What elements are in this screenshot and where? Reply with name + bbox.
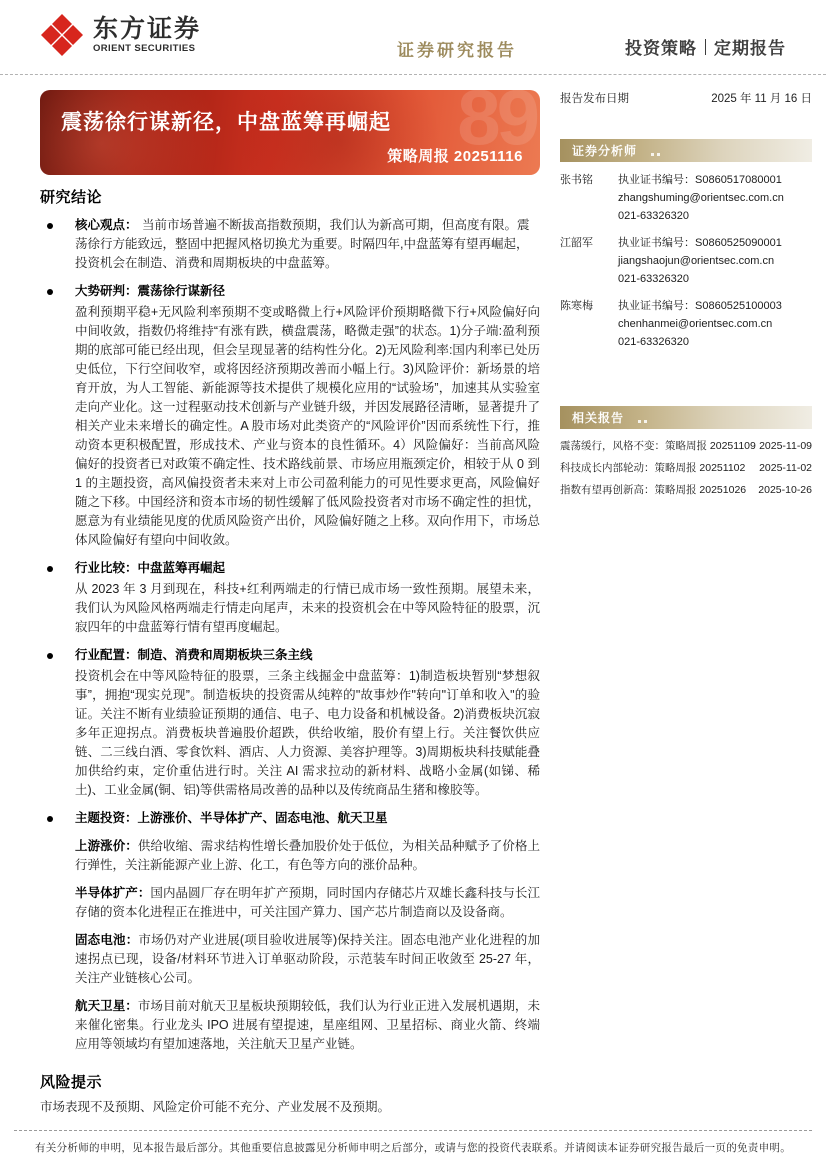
related-report-item: 指数有望再创新高：策略周报 20251026 2025-10-26 (560, 479, 812, 501)
bullet-icon (47, 223, 53, 229)
bullet-market-outlook: 大势研判：震荡徐行谋新径 盈利预期平稳+无风险利率预期不变或略微上行+风险评价预… (40, 282, 540, 550)
bullet-body: 从 2023 年 3 月到现在，科技+红利两端走的行情已成市场一致性预期。展望未… (75, 580, 540, 637)
conclusion-heading: 研究结论 (40, 186, 540, 207)
analyst-item: 陈寒梅 执业证书编号：S0860525100003 chenhanmei@ori… (560, 297, 812, 351)
bullet-label: 核心观点： (75, 218, 138, 232)
report-type-label: 证券研究报告 (397, 36, 517, 61)
bullet-label: 主题投资：上游涨价、半导体扩产、固态电池、航天卫星 (75, 809, 540, 828)
related-reports-section-header: 相关报告 (560, 406, 812, 429)
category-periodic: 定期报告 (714, 34, 786, 59)
orient-securities-logo-icon (40, 13, 84, 57)
analyst-item: 张书铭 执业证书编号：S0860517080001 zhangshuming@o… (560, 171, 812, 225)
analyst-name: 陈寒梅 (560, 297, 618, 351)
risk-section: 风险提示 市场表现不及预期、风险定价可能不充分、产业发展不及预期。 (40, 1071, 540, 1117)
bullet-label: 行业比较：中盘蓝筹再崛起 (75, 559, 540, 578)
brand-logo-text: 东方证券 ORIENT SECURITIES (93, 16, 201, 54)
theme-aerospace-satellite: 航天卫星：市场目前对航天卫星板块预期较低，我们认为行业正进入发展机遇期，未来催化… (75, 997, 540, 1054)
risk-body: 市场表现不及预期、风险定价可能不充分、产业发展不及预期。 (40, 1098, 540, 1117)
report-subtitle: 策略周报 20251116 (387, 145, 523, 166)
analyst-phone: 021-63326320 (618, 207, 812, 225)
analyst-phone: 021-63326320 (618, 333, 812, 351)
related-report-title: 科技成长内部轮动：策略周报 20251102 (560, 457, 745, 479)
bullet-core-view: 核心观点： 当前市场普遍不断拔高指数预期，我们认为新高可期，但高度有限。震荡徐行… (40, 216, 540, 273)
theme-solid-state-battery: 固态电池：市场仍对产业进展(项目验收进展等)保持关注。固态电池产业化进程的加速拐… (75, 931, 540, 988)
analysts-section-header: 证券分析师 (560, 139, 812, 162)
disclaimer-footer: 有关分析师的申明，见本报告最后部分。其他重要信息披露见分析师申明之后部分，或请与… (14, 1130, 812, 1155)
analyst-email: chenhanmei@orientsec.com.cn (618, 315, 812, 333)
title-banner: 89 震荡徐行谋新径，中盘蓝筹再崛起 策略周报 20251116 (40, 90, 540, 175)
decor-dots-icon (638, 420, 647, 423)
brand-logo: 东方证券 ORIENT SECURITIES (40, 13, 201, 57)
bullet-icon (47, 566, 53, 572)
analyst-item: 江韶军 执业证书编号：S0860525090001 jiangshaojun@o… (560, 234, 812, 288)
report-category: 投资策略 定期报告 (625, 34, 786, 59)
brand-name-en: ORIENT SECURITIES (93, 43, 201, 54)
related-report-date: 2025-10-26 (758, 479, 812, 501)
bullet-body: 盈利预期平稳+无风险利率预期不变或略微上行+风险评价预期略微下行+风险偏好向中间… (75, 303, 540, 550)
brand-name-cn: 东方证券 (93, 16, 201, 43)
bullet-body: 投资机会在中等风险特征的股票，三条主线掘金中盘蓝筹：1)制造板块暂别“梦想叙事”… (75, 667, 540, 800)
analysts-list: 张书铭 执业证书编号：S0860517080001 zhangshuming@o… (560, 171, 812, 351)
page-header: 东方证券 ORIENT SECURITIES 证券研究报告 投资策略 定期报告 (0, 0, 826, 75)
bullet-label: 大势研判：震荡徐行谋新径 (75, 282, 540, 301)
conclusion-bullets: 核心观点： 当前市场普遍不断拔高指数预期，我们认为新高可期，但高度有限。震荡徐行… (40, 216, 540, 1054)
report-date-label: 报告发布日期 (560, 90, 629, 106)
theme-upstream-price: 上游涨价：供给收缩、需求结构性增长叠加股价处于低位，为相关品种赋予了价格上行弹性… (75, 837, 540, 875)
decor-dots-icon (651, 153, 660, 156)
analyst-cert: 执业证书编号：S0860525100003 (618, 297, 812, 315)
report-page: 东方证券 ORIENT SECURITIES 证券研究报告 投资策略 定期报告 … (0, 0, 826, 1169)
related-report-date: 2025-11-02 (759, 457, 812, 479)
bullet-icon (47, 289, 53, 295)
analyst-name: 张书铭 (560, 171, 618, 225)
analyst-cert: 执业证书编号：S0860525090001 (618, 234, 812, 252)
analyst-email: jiangshaojun@orientsec.com.cn (618, 252, 812, 270)
bullet-industry-comparison: 行业比较：中盘蓝筹再崛起 从 2023 年 3 月到现在，科技+红利两端走的行情… (40, 559, 540, 637)
bullet-label: 行业配置：制造、消费和周期板块三条主线 (75, 646, 540, 665)
label-divider (705, 39, 706, 55)
bullet-industry-allocation: 行业配置：制造、消费和周期板块三条主线 投资机会在中等风险特征的股票，三条主线掘… (40, 646, 540, 800)
category-strategy: 投资策略 (625, 34, 697, 59)
analyst-name: 江韶军 (560, 234, 618, 288)
report-date-value: 2025 年 11 月 16 日 (711, 90, 812, 106)
main-column: 研究结论 核心观点： 当前市场普遍不断拔高指数预期，我们认为新高可期，但高度有限… (40, 186, 540, 1117)
bullet-icon (47, 653, 53, 659)
related-reports-list: 震荡缓行，风格不变：策略周报 20251109 2025-11-09 科技成长内… (560, 435, 812, 501)
theme-semiconductor: 半导体扩产：国内晶圆厂存在明年扩产预期，同时国内存储芯片双雄长鑫科技与长江存储的… (75, 884, 540, 922)
related-report-title: 指数有望再创新高：策略周报 20251026 (560, 479, 746, 501)
related-report-date: 2025-11-09 (759, 435, 812, 457)
bullet-body: 当前市场普遍不断拔高指数预期，我们认为新高可期，但高度有限。震荡徐行方能致远，整… (75, 218, 529, 270)
report-title: 震荡徐行谋新径，中盘蓝筹再崛起 (61, 106, 391, 136)
analyst-phone: 021-63326320 (618, 270, 812, 288)
bullet-theme-investment: 主题投资：上游涨价、半导体扩产、固态电池、航天卫星 上游涨价：供给收缩、需求结构… (40, 809, 540, 1054)
related-report-item: 科技成长内部轮动：策略周报 20251102 2025-11-02 (560, 457, 812, 479)
related-report-item: 震荡缓行，风格不变：策略周报 20251109 2025-11-09 (560, 435, 812, 457)
analyst-email: zhangshuming@orientsec.com.cn (618, 189, 812, 207)
report-date-row: 报告发布日期 2025 年 11 月 16 日 (560, 84, 812, 106)
related-report-title: 震荡缓行，风格不变：策略周报 20251109 (560, 435, 756, 457)
analyst-cert: 执业证书编号：S0860517080001 (618, 171, 812, 189)
risk-heading: 风险提示 (40, 1071, 540, 1092)
sidebar-column: 报告发布日期 2025 年 11 月 16 日 证券分析师 张书铭 执业证书编号… (560, 84, 812, 501)
bullet-icon (47, 816, 53, 822)
